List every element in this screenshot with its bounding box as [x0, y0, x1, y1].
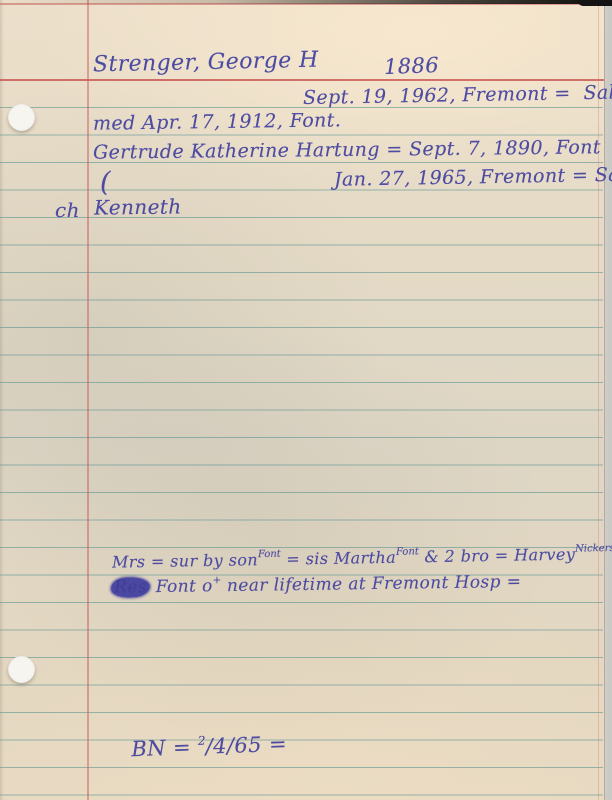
- punch-hole-bottom: [8, 656, 35, 683]
- bn-date-line: BN = 2/4/65 =: [102, 710, 288, 786]
- red-margin-line-right: [598, 0, 599, 800]
- obituary-residence-line: Res Font o+ near lifetime at Fremont Hos…: [88, 554, 522, 616]
- residence-seg-2: near lifetime at Fremont Hosp =: [221, 572, 521, 596]
- red-rule-header: [0, 79, 604, 81]
- bn-rest: /4/65 =: [205, 732, 287, 759]
- residence-caret: +: [213, 575, 222, 586]
- red-margin-line-left: [87, 0, 89, 800]
- marriage-date-line: med Apr. 17, 1912, Font.: [93, 110, 341, 134]
- scanner-background-band: [604, 0, 612, 800]
- bn-sup-numerator: 2: [198, 734, 206, 748]
- scanned-genealogy-card-page: Strenger, George H 1886 Sept. 19, 1962, …: [0, 0, 612, 800]
- residence-seg-1: Font o: [150, 576, 213, 597]
- ruled-lines: [0, 107, 603, 800]
- ink-scribble: Res: [111, 577, 150, 598]
- child-name: Kenneth: [94, 195, 182, 218]
- bn-prefix: BN =: [131, 735, 199, 761]
- paren-mark: (: [100, 168, 111, 198]
- surname-line: Strenger, George H: [93, 49, 319, 78]
- children-label: ch: [55, 199, 80, 221]
- scanner-top-edge: [0, 0, 612, 4]
- scanner-top-right-corner: [578, 0, 612, 6]
- birth-year: 1886: [384, 54, 440, 79]
- obit-sup-nickerson: Nickerson: [575, 542, 612, 554]
- punch-hole-top: [8, 104, 35, 131]
